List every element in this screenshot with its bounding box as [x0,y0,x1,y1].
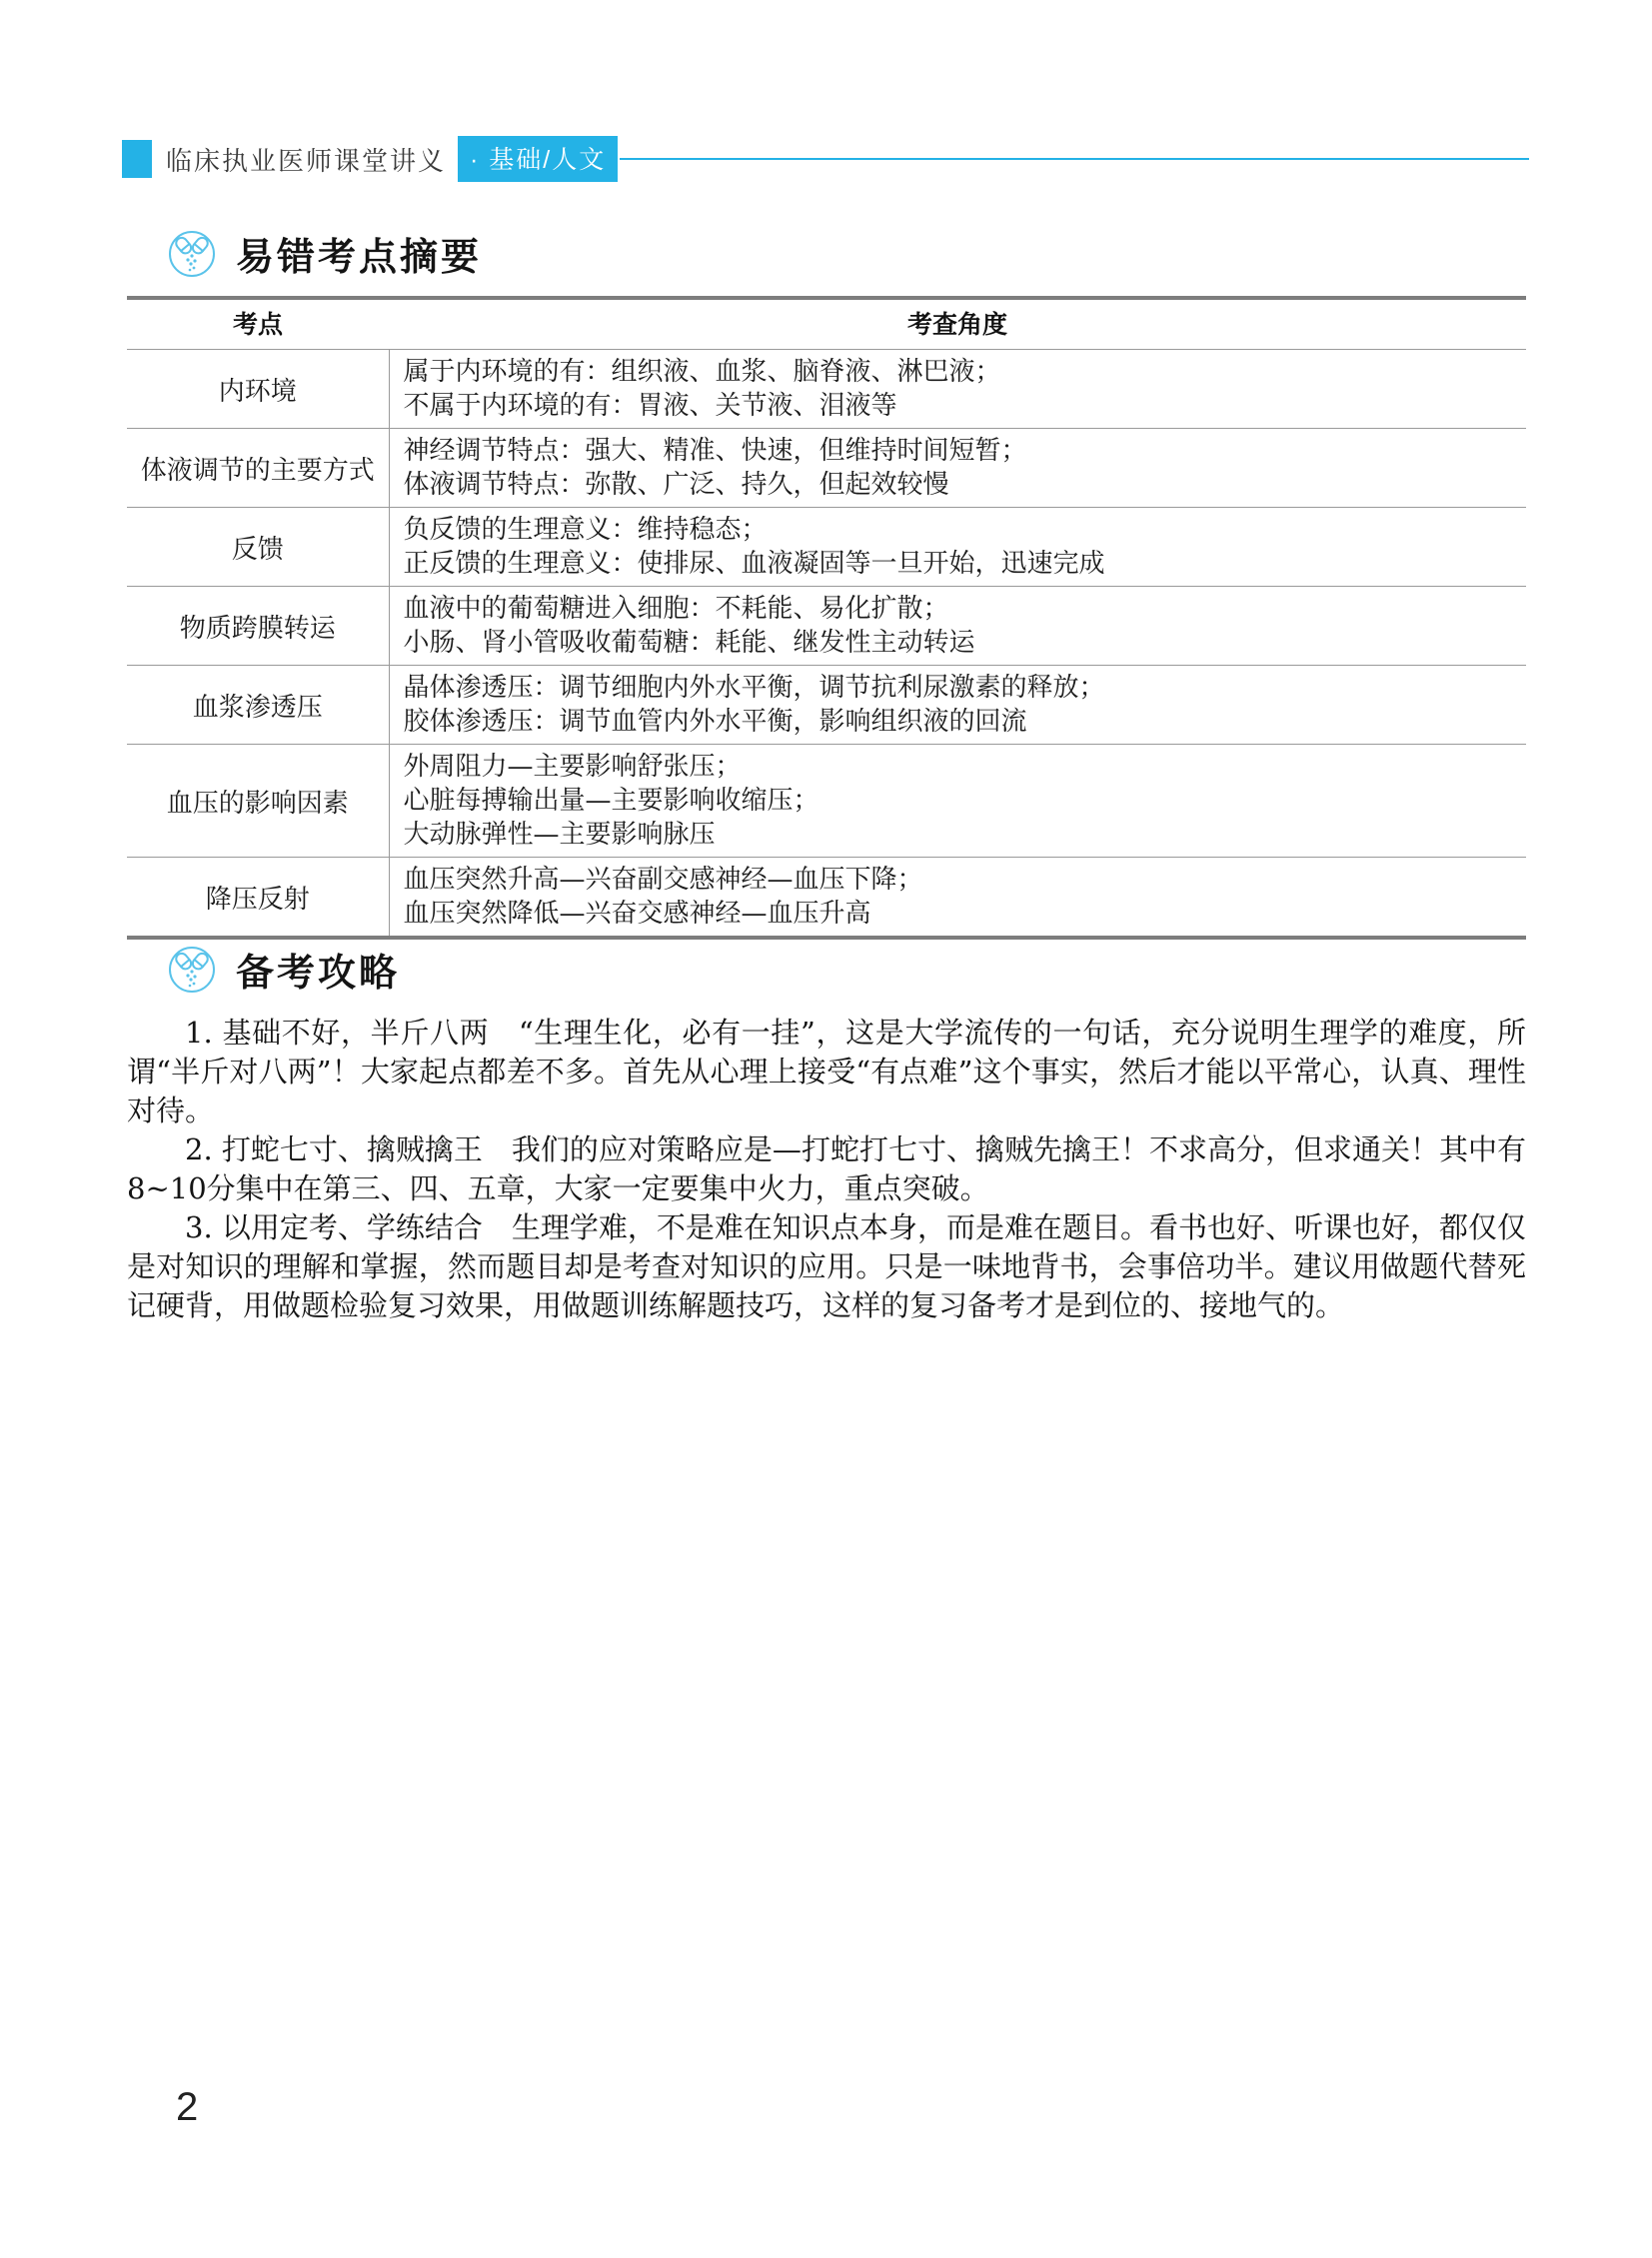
page-number: 2 [176,2085,198,2130]
summary-table-wrap: 考点 考查角度 内环境 属于内环境的有：组织液、血浆、脑脊液、淋巴液； 不属于内… [127,296,1526,940]
angle-cell: 血液中的葡萄糖进入细胞：不耗能、易化扩散； 小肠、肾小管吸收葡萄糖：耗能、继发性… [389,587,1526,666]
capsule-icon [168,946,216,994]
section-title: 易错考点摘要 [236,226,482,281]
capsule-icon [168,230,216,278]
angle-line: 小肠、肾小管吸收葡萄糖：耗能、继发性主动转运 [404,626,1513,660]
table-row: 反馈 负反馈的生理意义：维持稳态； 正反馈的生理意义：使排尿、血液凝固等一旦开始… [127,508,1526,587]
table-row: 体液调节的主要方式 神经调节特点：强大、精准、快速，但维持时间短暂； 体液调节特… [127,429,1526,508]
column-header-point: 考点 [127,298,389,350]
point-cell: 降压反射 [127,858,389,939]
point-cell: 反馈 [127,508,389,587]
table-row: 物质跨膜转运 血液中的葡萄糖进入细胞：不耗能、易化扩散； 小肠、肾小管吸收葡萄糖… [127,587,1526,666]
column-header-angle: 考查角度 [389,298,1526,350]
section-strategy-heading: 备考攻略 [168,942,400,997]
strategy-paragraphs: 1. 基础不好，半斤八两 “生理生化，必有一挂”，这是大学流传的一句话，充分说明… [127,1014,1526,1325]
angle-line: 正反馈的生理意义：使排尿、血液凝固等一旦开始，迅速完成 [404,547,1513,581]
angle-cell: 外周阻力—主要影响舒张压； 心脏每搏输出量—主要影响收缩压； 大动脉弹性—主要影… [389,745,1526,858]
page-header: 临床执业医师课堂讲义 · 基础/人文 [122,136,1529,182]
angle-line: 心脏每搏输出量—主要影响收缩压； [404,784,1513,818]
angle-line: 血压突然降低—兴奋交感神经—血压升高 [404,897,1513,931]
point-cell: 血压的影响因素 [127,745,389,858]
brand-square [122,140,152,178]
angle-line: 负反馈的生理意义：维持稳态； [404,513,1513,547]
chapter-badge: · 基础/人文 [458,136,618,182]
book-title: 临床执业医师课堂讲义 [166,141,446,178]
strategy-paragraph: 1. 基础不好，半斤八两 “生理生化，必有一挂”，这是大学流传的一句话，充分说明… [127,1014,1526,1130]
strategy-paragraph: 3. 以用定考、学练结合 生理学难，不是难在知识点本身，而是难在题目。看书也好、… [127,1208,1526,1325]
point-cell: 内环境 [127,350,389,429]
angle-cell: 血压突然升高—兴奋副交感神经—血压下降； 血压突然降低—兴奋交感神经—血压升高 [389,858,1526,939]
point-cell: 物质跨膜转运 [127,587,389,666]
page: 临床执业医师课堂讲义 · 基础/人文 易错考点摘要 [0,0,1652,2258]
point-cell: 体液调节的主要方式 [127,429,389,508]
table-row: 血浆渗透压 晶体渗透压：调节细胞内外水平衡，调节抗利尿激素的释放； 胶体渗透压：… [127,666,1526,745]
table-row: 降压反射 血压突然升高—兴奋副交感神经—血压下降； 血压突然降低—兴奋交感神经—… [127,858,1526,939]
point-cell: 血浆渗透压 [127,666,389,745]
angle-line: 体液调节特点：弥散、广泛、持久，但起效较慢 [404,468,1513,502]
angle-line: 外周阻力—主要影响舒张压； [404,750,1513,784]
angle-cell: 晶体渗透压：调节细胞内外水平衡，调节抗利尿激素的释放； 胶体渗透压：调节血管内外… [389,666,1526,745]
angle-line: 血液中的葡萄糖进入细胞：不耗能、易化扩散； [404,592,1513,626]
header-rule [620,158,1529,160]
angle-line: 晶体渗透压：调节细胞内外水平衡，调节抗利尿激素的释放； [404,671,1513,705]
table-row: 内环境 属于内环境的有：组织液、血浆、脑脊液、淋巴液； 不属于内环境的有：胃液、… [127,350,1526,429]
angle-line: 血压突然升高—兴奋副交感神经—血压下降； [404,863,1513,897]
table-header-row: 考点 考查角度 [127,298,1526,350]
summary-table: 考点 考查角度 内环境 属于内环境的有：组织液、血浆、脑脊液、淋巴液； 不属于内… [127,296,1526,940]
angle-line: 胶体渗透压：调节血管内外水平衡，影响组织液的回流 [404,705,1513,739]
section-title: 备考攻略 [236,942,400,997]
angle-line: 大动脉弹性—主要影响脉压 [404,818,1513,852]
angle-cell: 属于内环境的有：组织液、血浆、脑脊液、淋巴液； 不属于内环境的有：胃液、关节液、… [389,350,1526,429]
angle-cell: 负反馈的生理意义：维持稳态； 正反馈的生理意义：使排尿、血液凝固等一旦开始，迅速… [389,508,1526,587]
angle-cell: 神经调节特点：强大、精准、快速，但维持时间短暂； 体液调节特点：弥散、广泛、持久… [389,429,1526,508]
angle-line: 神经调节特点：强大、精准、快速，但维持时间短暂； [404,434,1513,468]
table-row: 血压的影响因素 外周阻力—主要影响舒张压； 心脏每搏输出量—主要影响收缩压； 大… [127,745,1526,858]
strategy-paragraph: 2. 打蛇七寸、擒贼擒王 我们的应对策略应是—打蛇打七寸、擒贼先擒王！不求高分，… [127,1130,1526,1208]
angle-line: 不属于内环境的有：胃液、关节液、泪液等 [404,389,1513,423]
angle-line: 属于内环境的有：组织液、血浆、脑脊液、淋巴液； [404,355,1513,389]
section-error-points-heading: 易错考点摘要 [168,226,482,281]
